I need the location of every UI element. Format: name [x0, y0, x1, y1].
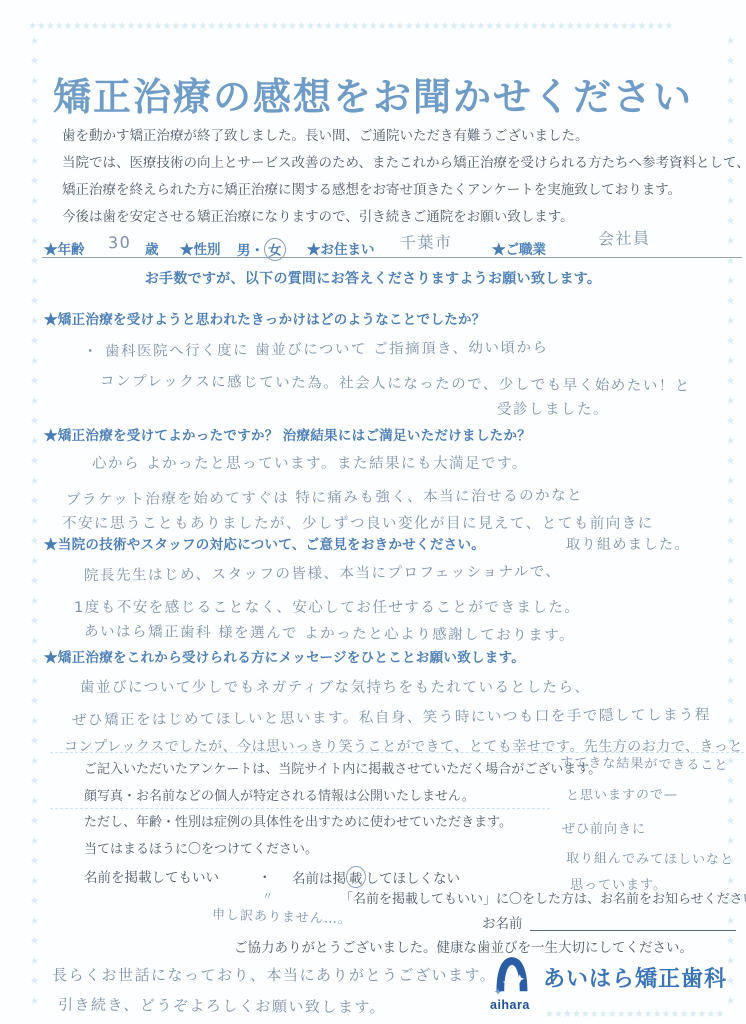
closing-line: 引き続き、どうぞよろしくお願い致します。: [58, 994, 386, 1018]
publication-notes: ご記入いただいたアンケートは、当院サイト内に掲載させていただく場合がございます。…: [84, 756, 601, 862]
answer-2-line: 不安に思うこともありましたが、少しずつ良い変化が目に見えて、とても前向きに: [62, 512, 654, 533]
answer-3-line: あいはら矯正歯科 様を選んで よかったと心より感謝しております。: [84, 620, 575, 645]
note-line: 顔写真・お名前などの個人が特定される情報は公開いたしません。: [84, 783, 601, 810]
name-instruction: 「名前を掲載してもいい」に〇をした方は、お名前をお知らせください。: [340, 888, 746, 907]
answer-3-line: 院長先生はじめ、スタッフの皆様、本当にプロフェッショナルで、: [84, 560, 562, 585]
logo-romaji: aihara: [490, 998, 530, 1012]
question-2-label: ★矯正治療を受けてよかったですか？ 治療結果にはご満足いただけましたか？: [44, 424, 531, 444]
intro-line: 歯を動かす矯正治療が終了致しました。長い間、ご通院いただき有難うございました。: [62, 122, 746, 149]
answer-4-line: 歯並びについて少しでもネガティブな気持ちをもたれているとしたら、: [80, 676, 591, 697]
closing-line: 長らくお世話になっており、本当にありがとうございます。: [52, 964, 496, 985]
intro-line: 矯正治療を終えられた方に矯正治療に関する感想をお寄せ頂きたくアンケートを実施致し…: [62, 176, 746, 203]
star-border-top: ★★★★★★★★★★★★★★★★★★★★★★★★★★★★★★★★★★★★★★★★…: [28, 20, 740, 33]
note-line: 当てはまるほうに〇をつけてください。: [84, 836, 601, 863]
question-4-label: ★矯正治療をこれから受けられる方にメッセージをひとことお願い致します。: [44, 646, 525, 666]
margin-note-line: すてきな結果ができること: [560, 752, 729, 774]
question-1-label: ★矯正治療を受けようと思われたきっかけはどのようなことでしたか？: [44, 308, 486, 328]
note-line: ただし、年齢・性別は症例の具体性を出すために使わせていただきます。: [84, 809, 601, 836]
margin-note-line: と思いますので—: [566, 784, 678, 804]
name-field-line: [530, 930, 736, 931]
ditto-mark: 〃: [262, 888, 274, 904]
occupation-value: 会社員: [598, 226, 651, 250]
divider-dashed: [50, 808, 550, 809]
option-separator: ・: [258, 866, 272, 886]
deny-circle-mark: 載: [345, 865, 366, 888]
thanks-line: ご協力ありがとうございました。健康な歯並びを一生大切にしてください。: [234, 936, 693, 956]
answer-3-line: 1度も不安を感じることなく、安心してお任せすることができました。: [74, 596, 580, 617]
age-value: 30: [108, 233, 132, 252]
name-allow-option: 名前を掲載してもいい: [84, 866, 219, 886]
answer-2-line: ブラケット治療を始めてすぐは 特に痛みも強く、本当に治せるのかなと: [66, 484, 583, 510]
residence-value: 千葉市: [400, 230, 453, 254]
page-title: 矯正治療の感想をお聞かせください: [0, 66, 746, 121]
request-line: お手数ですが、以下の質問にお答えくださりますようお願い致します。: [0, 268, 746, 288]
answer-1-line: 受診しました。: [497, 398, 609, 419]
gender-label: ★性別: [180, 238, 221, 258]
clinic-name: あいはら矯正歯科: [543, 962, 727, 993]
residence-label: ★お住まい: [307, 238, 375, 258]
questionnaire-page: ★★★★★★★★★★★★★★★★★★★★★★★★★★★★★★★★★★★★★★★★…: [0, 0, 746, 1024]
gender-circle-mark: 女: [263, 237, 286, 262]
intro-paragraph: 歯を動かす矯正治療が終了致しました。長い間、ご通院いただき有難うございました。 …: [62, 122, 746, 230]
answer-2-line: 心から よかったと思っています。また結果にも大満足です。: [92, 452, 528, 473]
apology-note: 申し訳ありません…。: [212, 904, 353, 928]
answer-1-line: コンプレックスに感じていた為。社会人になったので、少しでも早く始めたい！と: [100, 369, 691, 395]
gender-male: 男・: [237, 243, 264, 258]
aihara-logo-mark: [487, 951, 537, 999]
margin-note-line: ぜひ前向きに: [562, 818, 646, 837]
name-deny-option: 名前は掲載してほしくない: [292, 866, 460, 888]
answer-4-line: ぜひ矯正をはじめてほしいと思います。私自身、笑う時にいつも口を手で隠してしまう程: [72, 703, 711, 730]
answer-1-line: ・ 歯科医院へ行く度に 歯並びについて ご指摘頂き、幼い頃から: [83, 336, 549, 361]
age-suffix: 歳: [145, 238, 159, 258]
star-border-left: ★★★★★★★★★★★★★★★★★★★★★★★★★★★★★★★★★★★★★★★★…: [28, 36, 40, 1016]
intro-line: 当院では、医療技術の向上とサービス改善のため、またこれから矯正治療を受けられる方…: [62, 149, 746, 176]
answer-2-line: 取り組めました。: [566, 534, 690, 554]
question-3-label: ★当院の技術やスタッフの対応について、ご意見をおきかせください。: [44, 533, 485, 553]
fields-underline: [42, 257, 742, 258]
age-label: ★年齢: [44, 238, 85, 258]
name-deny-pre: 名前は掲: [292, 871, 346, 886]
star-border-bottom: ★★★★★★★★★★★★★★★★★★★★: [545, 1008, 745, 1021]
note-line: ご記入いただいたアンケートは、当院サイト内に掲載させていただく場合がございます。: [84, 756, 601, 783]
occupation-label: ★ご職業: [492, 238, 546, 258]
margin-note-line: 取り組んでみてほしいなと: [566, 847, 734, 867]
name-field-label: お名前: [482, 912, 523, 932]
name-deny-post: してほしくない: [366, 871, 461, 886]
